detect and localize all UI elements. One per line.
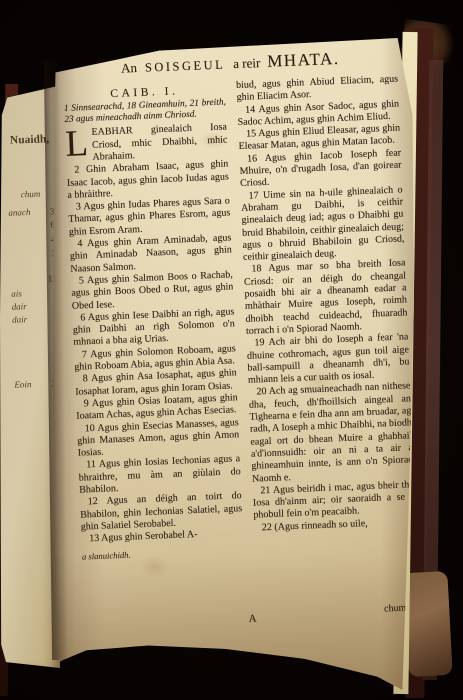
signature-mark: A <box>248 613 256 625</box>
catchword: chum <box>384 603 407 615</box>
running-title-article: An <box>121 60 137 76</box>
fragment-label: anach <box>8 207 30 218</box>
fragment-label: chum <box>21 189 41 200</box>
left-column: CAIB. I. 1 Sinnsearachd, 18 Gineamhuin, … <box>63 83 244 561</box>
page-bottom-row: A chum <box>84 606 420 635</box>
fragment-label: Nuaidh, <box>10 134 50 145</box>
running-title-evangelist: Mhata. <box>267 49 340 71</box>
book-page: An Soisgeul a reir Mhata. CAIB. I. 1 Sin… <box>50 36 414 700</box>
footnote: a slanuichidh. <box>82 545 244 561</box>
running-title-gospel-word: Soisgeul <box>145 57 226 74</box>
opening-paragraph-text: EABHAR ginealaich Iosa Criosd, mhic Dhai… <box>91 122 227 163</box>
running-title-middle: a reir <box>233 55 261 71</box>
verse: 20 Ach ag smuaineachadh nan nithese dha,… <box>248 381 414 486</box>
right-column-verses: biud, agus ghin Abiud Eliacim, agus ghin… <box>236 74 416 535</box>
photo-background: Nuaidh,chumanach3643113ais5dair5dair3511… <box>0 0 463 700</box>
verse: 19 Ach air bhi do Ioseph a fear 'na dhui… <box>246 332 410 388</box>
left-column-verses: 2 Ghin Abraham Isaac, agus ghin Isaac Ia… <box>66 159 243 546</box>
page-content: An Soisgeul a reir Mhata. CAIB. I. 1 Sin… <box>62 47 422 664</box>
drop-cap-letter: L <box>65 127 93 160</box>
verse: 17 Uime sin na h-uile ghinealaich o Abra… <box>240 184 405 264</box>
fragment-label: dair <box>12 301 27 312</box>
verse: 18 Agus mar so bha breith Iosa Criosd: o… <box>243 258 408 338</box>
fragment-label: dair <box>12 314 27 325</box>
fragment-label: Eoin <box>14 379 31 390</box>
cover-bottom-corner <box>403 571 452 677</box>
text-columns: CAIB. I. 1 Sinnsearachd, 18 Gineamhuin, … <box>63 73 418 561</box>
facing-page-edge: Nuaidh,chumanach3643113ais5dair5dair3511… <box>0 86 60 668</box>
fragment-row: Nuaidh, <box>2 134 62 146</box>
fragment-label: ais <box>11 288 22 298</box>
right-column: biud, agus ghin Abiud Eliacim, agus ghin… <box>236 74 417 555</box>
